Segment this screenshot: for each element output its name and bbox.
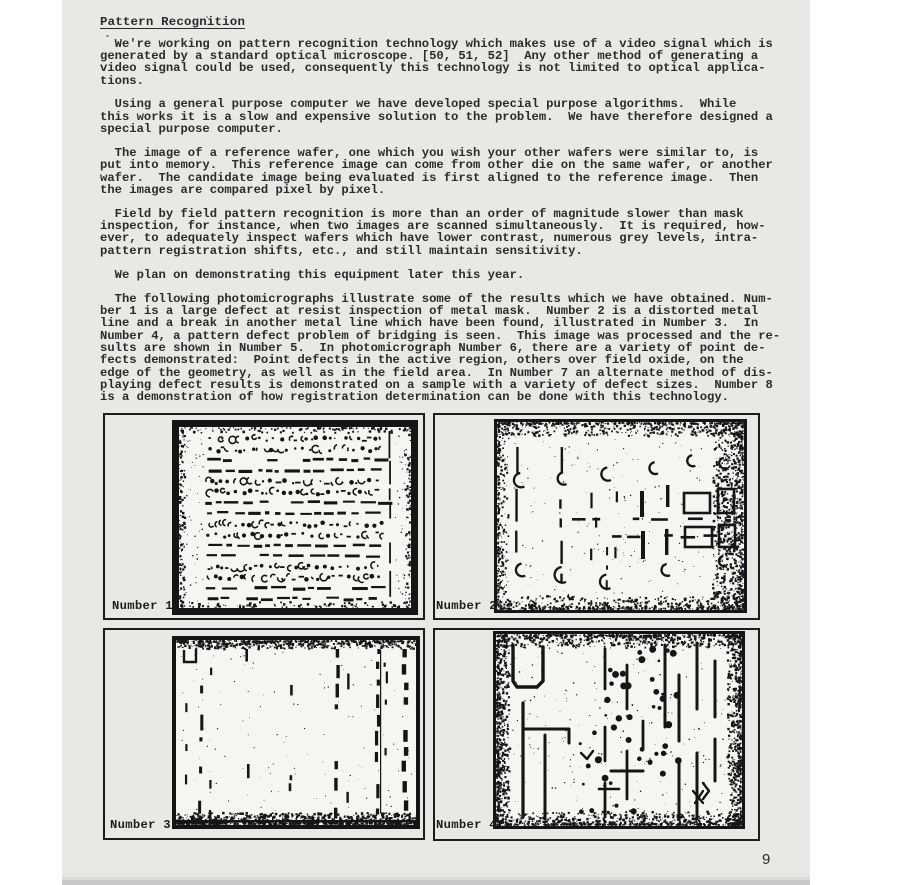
scan-bottom-shadow [62, 880, 810, 885]
figure-grid: Number 1 Number 2 Number 3 Number 4 [103, 413, 763, 841]
paragraph-2: Using a general purpose computer we have… [100, 98, 806, 135]
figure-panel-4: Number 4 [433, 628, 760, 841]
photomicrograph-2-image [494, 419, 747, 613]
photomicrograph-2-canvas [494, 419, 747, 613]
text-column: Pattern Recognition We're working on pat… [100, 15, 806, 404]
scanned-page: Pattern Recognition We're working on pat… [0, 0, 900, 885]
figure-label-2: Number 2 [436, 599, 497, 613]
photomicrograph-1-canvas [172, 420, 418, 615]
figure-label-3: Number 3 [110, 818, 171, 832]
figure-label-4: Number 4 [436, 818, 497, 832]
paragraph-4: Field by field pattern recognition is mo… [100, 208, 806, 257]
paragraph-5: We plan on demonstrating this equipment … [100, 269, 806, 281]
figure-panel-2: Number 2 [433, 413, 760, 620]
scan-area: Pattern Recognition We're working on pat… [62, 0, 810, 885]
photomicrograph-3-image [172, 636, 420, 829]
paragraph-1: We're working on pattern recognition tec… [100, 38, 806, 87]
paragraph-6: The following photomicrographs illustrat… [100, 293, 806, 404]
photomicrograph-3-canvas [172, 636, 420, 829]
photomicrograph-4-canvas [493, 631, 745, 829]
photomicrograph-4-image [493, 631, 745, 829]
figure-panel-3: Number 3 [103, 628, 425, 840]
section-title: Pattern Recognition [100, 15, 806, 29]
page-number: 9 [762, 851, 770, 868]
paragraph-3: The image of a reference wafer, one whic… [100, 147, 806, 196]
figure-label-1: Number 1 [112, 599, 173, 613]
photomicrograph-1-image [172, 420, 418, 615]
figure-panel-1: Number 1 [103, 413, 425, 620]
